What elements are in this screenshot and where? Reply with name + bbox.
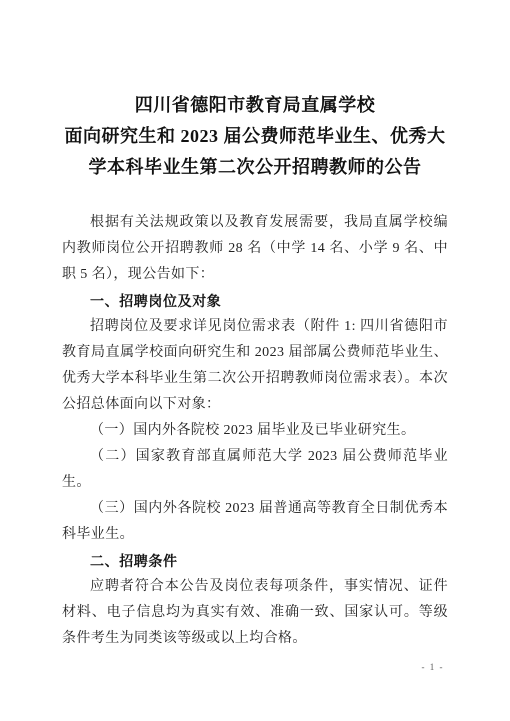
list-item-target-1: （一）国内外各院校 2023 届毕业及已毕业研究生。 bbox=[62, 418, 448, 444]
page-number: - 1 - bbox=[422, 662, 445, 672]
title-line-1: 四川省德阳市教育局直属学校 bbox=[0, 90, 510, 121]
paragraph-intro: 根据有关法规政策以及教育发展需要，我局直属学校编内教师岗位公开招聘教师 28 名… bbox=[62, 210, 448, 288]
document-page: 四川省德阳市教育局直属学校 面向研究生和 2023 届公费师范毕业生、优秀大 学… bbox=[0, 0, 510, 721]
list-item-target-2: （二）国家教育部直属师范大学 2023 届公费师范毕业生。 bbox=[62, 444, 448, 496]
section-heading-positions: 一、招聘岗位及对象 bbox=[62, 288, 448, 314]
list-item-target-3: （三）国内外各院校 2023 届普通高等教育全日制优秀本科毕业生。 bbox=[62, 496, 448, 548]
document-body: 根据有关法规政策以及教育发展需要，我局直属学校编内教师岗位公开招聘教师 28 名… bbox=[0, 183, 510, 652]
document-title: 四川省德阳市教育局直属学校 面向研究生和 2023 届公费师范毕业生、优秀大 学… bbox=[0, 0, 510, 183]
paragraph-conditions: 应聘者符合本公告及岗位表每项条件，事实情况、证件材料、电子信息均为真实有效、准确… bbox=[62, 574, 448, 652]
section-heading-conditions: 二、招聘条件 bbox=[62, 548, 448, 574]
paragraph-positions-detail: 招聘岗位及要求详见岗位需求表（附件 1: 四川省德阳市教育局直属学校面向研究生和… bbox=[62, 314, 448, 418]
title-line-2: 面向研究生和 2023 届公费师范毕业生、优秀大 bbox=[0, 121, 510, 152]
title-line-3: 学本科毕业生第二次公开招聘教师的公告 bbox=[0, 152, 510, 183]
